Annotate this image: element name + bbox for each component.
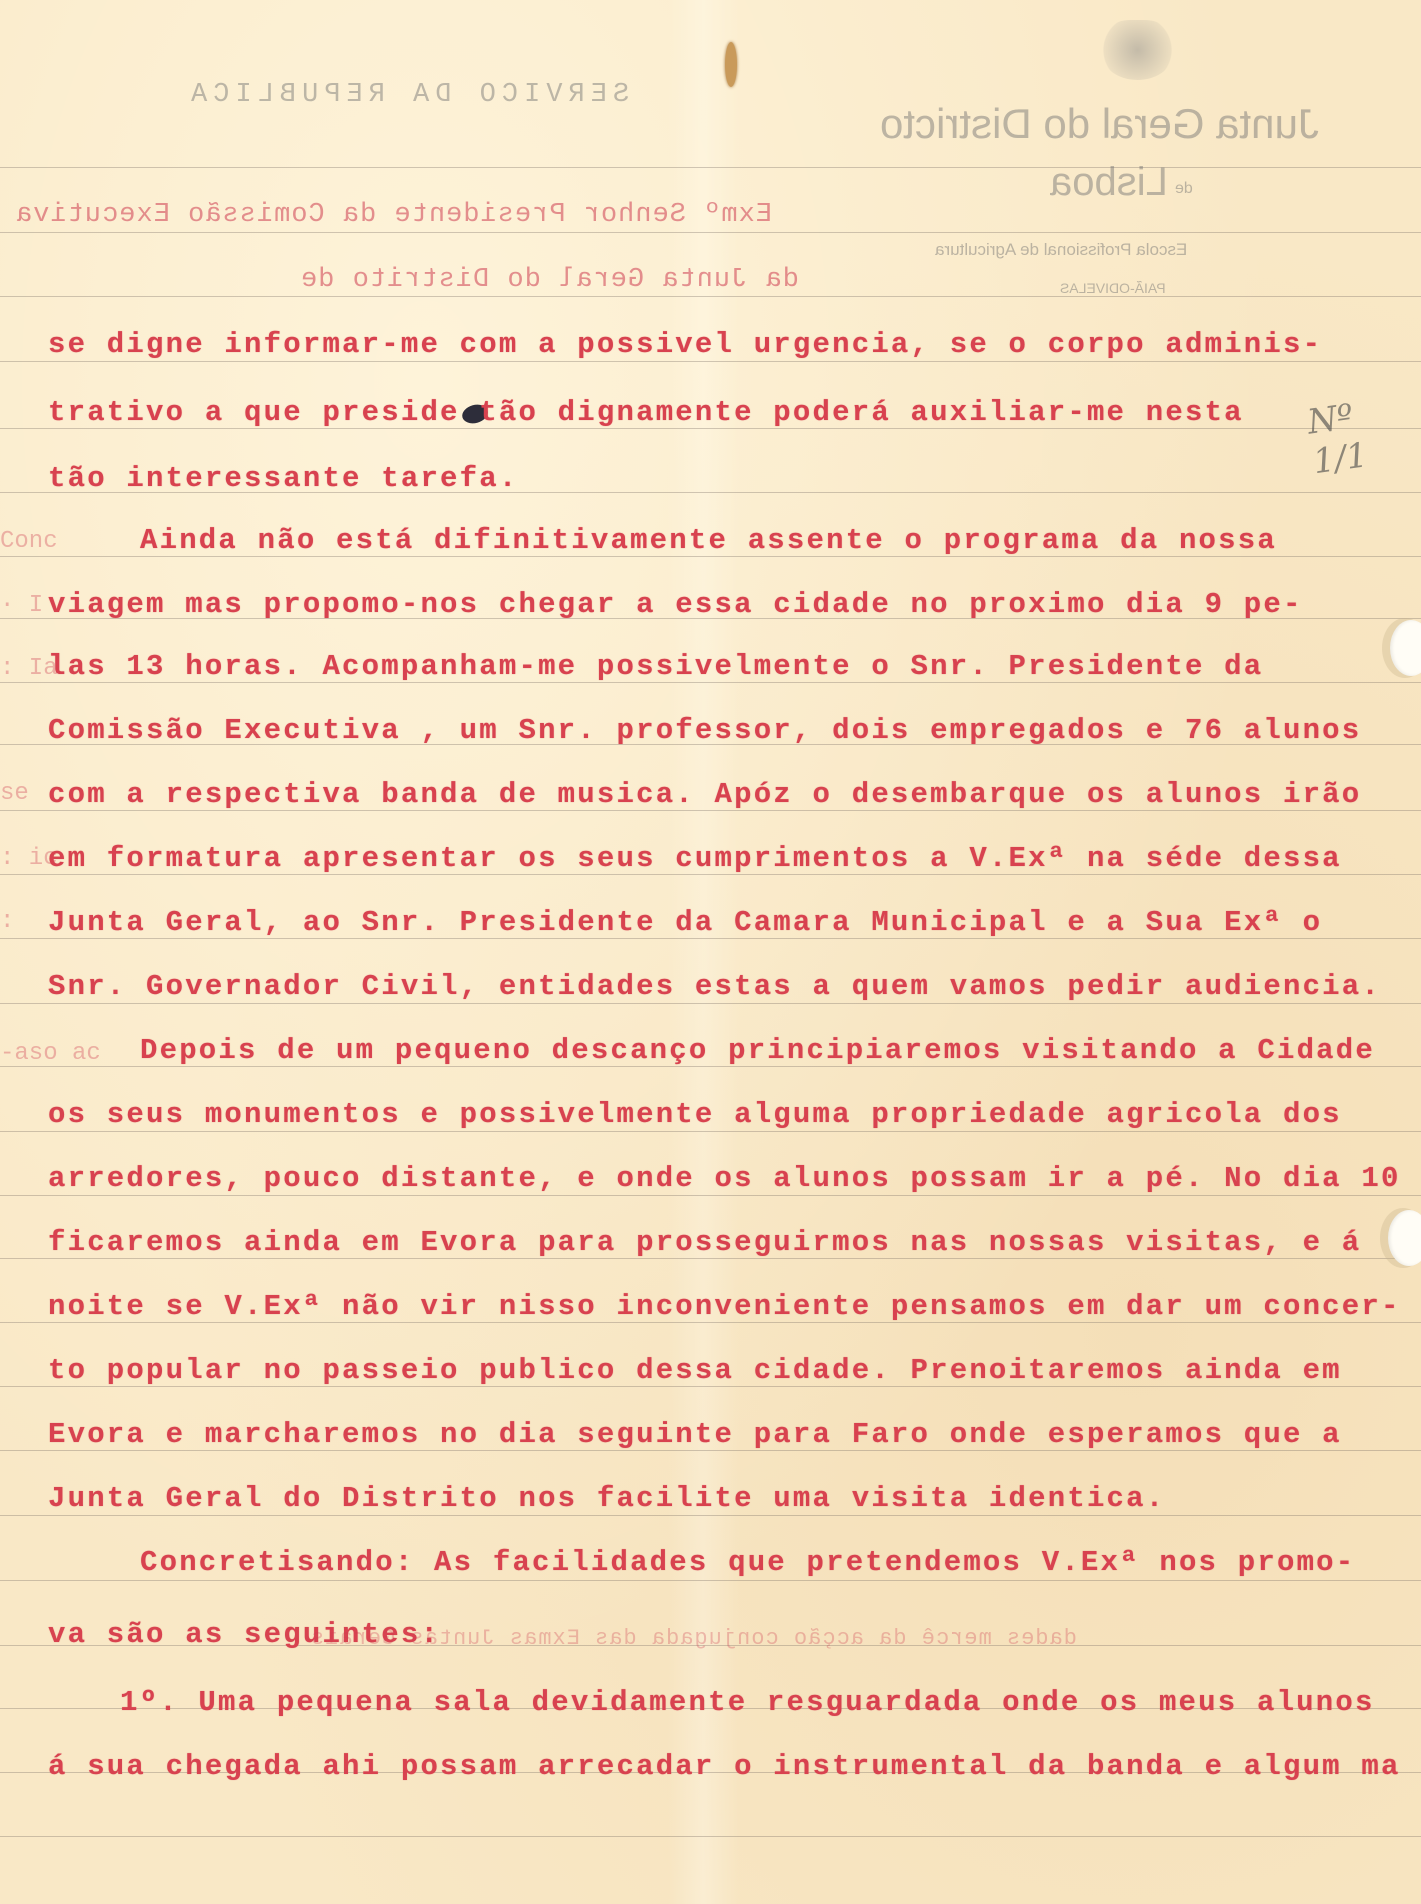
- pencil-annotation: Nº 1/1: [1305, 388, 1421, 483]
- body-line: arredores, pouco distante, e onde os alu…: [48, 1162, 1401, 1195]
- margin-ghost-1: Conc: [0, 528, 58, 555]
- body-line: 1º. Uma pequena sala devidamente resguar…: [120, 1686, 1375, 1719]
- body-line: com a respectiva banda de musica. Apóz o…: [48, 778, 1361, 811]
- margin-ghost-6: :: [0, 908, 14, 935]
- body-line: ficaremos ainda em Evora para prosseguir…: [48, 1226, 1361, 1259]
- body-line: Junta Geral do Distrito nos facilite uma…: [48, 1482, 1165, 1515]
- body-line: á sua chegada ahi possam arrecadar o ins…: [48, 1750, 1401, 1783]
- body-line: Evora e marcharemos no dia seguinte para…: [48, 1418, 1342, 1451]
- letterhead-place: PAIÃ-ODIVELAS: [1060, 280, 1166, 296]
- margin-ghost-4: se: [0, 780, 29, 807]
- body-line: Snr. Governador Civil, entidades estas a…: [48, 970, 1381, 1003]
- crest-emblem-icon: [1100, 20, 1175, 80]
- body-line: viagem mas propomo-nos chegar a essa cid…: [48, 588, 1303, 621]
- body-line: em formatura apresentar os seus cumprime…: [48, 842, 1342, 875]
- margin-ghost-7: -aso ac: [0, 1040, 101, 1067]
- body-line: Comissão Executiva , um Snr. professor, …: [48, 714, 1361, 747]
- body-line: se digne informar-me com a possivel urge…: [48, 328, 1322, 361]
- body-line: Depois de um pequeno descanço principiar…: [140, 1034, 1375, 1067]
- body-line: tão interessante tarefa.: [48, 462, 518, 495]
- body-line: las 13 horas. Acompanham-me possivelment…: [48, 650, 1263, 683]
- body-line: trativo a que preside tão dignamente pod…: [48, 396, 1244, 429]
- letterhead-left: SERVICO DA REPUBLICA: [185, 80, 629, 110]
- margin-ghost-2: · I: [0, 592, 43, 619]
- body-line: Ainda não está difinitivamente assente o…: [140, 524, 1277, 557]
- body-line: noite se V.Exª não vir nisso inconvenien…: [48, 1290, 1401, 1323]
- letterhead-school: Escola Profissional de Agricultura: [935, 240, 1187, 260]
- body-line: Junta Geral, ao Snr. Presidente da Camar…: [48, 906, 1322, 939]
- letterhead-de: de: [1175, 180, 1193, 198]
- reverse-ghost-1: dades mercê da acção conjugada das Exmas…: [310, 1626, 1077, 1651]
- letterhead-title: Junta Geral do Districto: [880, 100, 1319, 148]
- body-line: to popular no passeio publico dessa cida…: [48, 1354, 1342, 1387]
- punch-hole-top: [1390, 620, 1421, 676]
- body-line: os seus monumentos e possivelmente algum…: [48, 1098, 1342, 1131]
- address-line-2: da Junta Geral do Distrito de: [300, 265, 799, 295]
- body-line: Concretisando: As facilidades que preten…: [140, 1546, 1355, 1579]
- letterhead-lisboa: Lisboa: [1050, 160, 1168, 205]
- paper-tear: [725, 42, 737, 87]
- address-line-1: Exmº Senhor Presidente da Comissão Execu…: [15, 200, 772, 230]
